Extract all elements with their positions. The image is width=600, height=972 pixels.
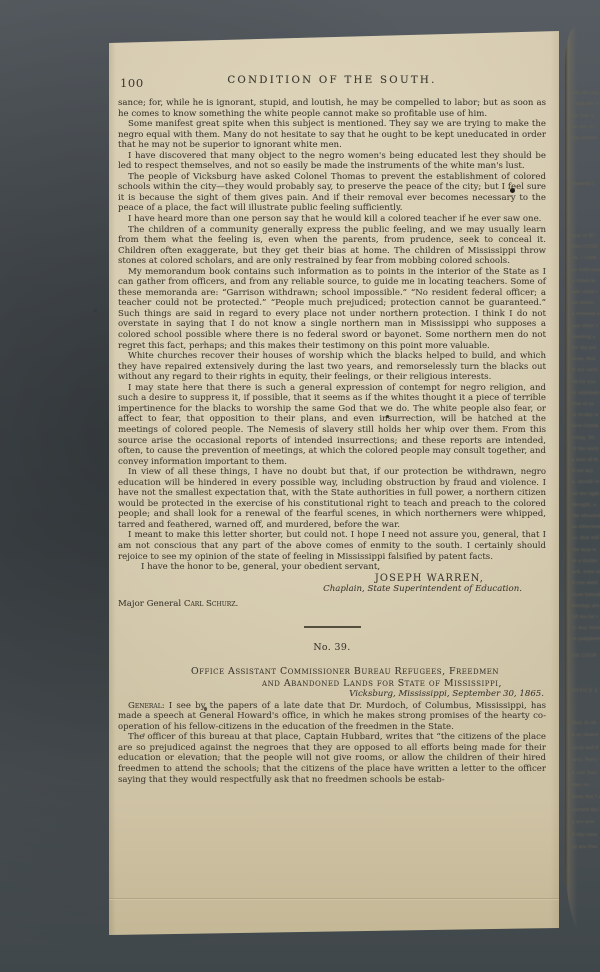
signature-title: Chaplain, State Superintendent of Educat…: [118, 584, 546, 595]
paragraph: The children of a community generally ex…: [118, 225, 546, 267]
text-fragment: the situation: [572, 511, 600, 522]
document-paragraph-1-text: I see by the papers of a late date that …: [118, 701, 546, 732]
text-fragment: ON COUN: [572, 651, 596, 662]
paragraph: White churches recover their houses of w…: [118, 351, 546, 383]
adjacent-text-fragments: ON COUN: [572, 651, 596, 662]
paragraph: I may state here that there is such a ge…: [118, 383, 546, 467]
text-fragment: tion of Wi: [572, 231, 600, 242]
text-fragment: want himsel: [572, 590, 600, 601]
text-fragment: thought, a: [572, 500, 600, 511]
text-fragment: as otherwise: [572, 522, 600, 533]
text-fragment: any other r: [572, 321, 600, 332]
text-fragment: ay are free: [572, 842, 600, 854]
adjacent-text-fragments: OFFICE A: [572, 686, 598, 697]
ink-speck: [510, 188, 515, 193]
text-fragment: viting. Sli: [572, 433, 600, 444]
text-fragment: for the pol: [572, 343, 600, 354]
text-fragment: erra, Perry, Gre: [572, 755, 600, 767]
signature-name: JOSEPH WARREN,: [118, 573, 546, 584]
paragraph: I have discovered that many object to th…: [118, 151, 546, 172]
document-paragraph-2: The officer of this bureau at that place…: [118, 732, 546, 785]
text-fragment: feelings are o: [572, 601, 600, 612]
text-fragment: hern, but I a: [572, 792, 600, 804]
text-fragment: k and Texa: [572, 768, 600, 780]
text-fragment: a ay observ: [572, 730, 600, 742]
text-fragment: a freedom e: [572, 309, 600, 320]
text-fragment: tion of an: [572, 399, 600, 410]
text-fragment: OFFICE A: [572, 686, 598, 697]
text-fragment: the man w: [572, 545, 600, 556]
text-fragment: ation and K: [572, 743, 600, 755]
section-divider: [304, 626, 361, 628]
text-fragment: ely half a: [572, 111, 599, 122]
text-fragment: tions, that: [572, 354, 600, 365]
text-fragment: e him the h: [572, 99, 599, 110]
text-fragment: meeting a: [572, 332, 600, 343]
adjacent-text-fragments: ttial. In oba ay observation and Kerra, …: [572, 718, 600, 854]
paragraph: Some manifest great spite when this subj…: [118, 119, 546, 151]
office-heading-line2: and Abandoned Lands for State of Mississ…: [118, 678, 546, 690]
paragraph: The people of Vicksburg have asked Colon…: [118, 172, 546, 214]
ink-speck: [204, 707, 207, 711]
paragraph: I meant to make this letter shorter, but…: [118, 530, 546, 562]
text-fragment: it any such: [572, 365, 600, 376]
paragraph: I have heard more than one person say th…: [118, 214, 546, 225]
running-title: CONDITION OF THE SOUTH.: [118, 75, 546, 86]
text-fragment: so, that will: [572, 533, 600, 544]
paragraph: My memorandum book contains such informa…: [118, 267, 546, 351]
text-fragment: or judgment: [572, 634, 600, 645]
page-bottom-crease: [109, 898, 559, 900]
book-page: 100 CONDITION OF THE SOUTH. sance; for, …: [109, 29, 559, 936]
dust-speck: [143, 733, 145, 736]
text-fragment: ade claim t: [572, 287, 600, 298]
text-fragment: ad olition: [572, 298, 600, 309]
letter-paragraphs: sance; for, while he is ignorant, stupid…: [118, 98, 546, 562]
text-fragment: in sentimen: [572, 388, 600, 399]
text-fragment: ings on: [572, 780, 600, 792]
page-content: 100 CONDITION OF THE SOUTH. sance; for, …: [118, 75, 546, 785]
text-fragment: ll this view: [572, 830, 600, 842]
salutation: General:: [128, 701, 165, 711]
office-heading-line1: Office Assistant Commissioner Bureau Ref…: [118, 666, 546, 678]
letter-closing: I have the honor to be, general, your ob…: [118, 562, 546, 573]
adjacent-text-fragments: General C: [572, 179, 595, 190]
text-fragment: on for you: [572, 377, 600, 388]
text-fragment: s, should vo: [572, 477, 600, 488]
text-fragment: on. I confe: [572, 253, 600, 264]
text-fragment: at to-day, w: [572, 410, 600, 421]
letter-body: sance; for, while he is ignorant, stupid…: [118, 98, 546, 785]
addressee-name: Carl Schurz.: [184, 599, 238, 609]
document-paragraph-1: General: I see by the papers of a late d…: [118, 701, 546, 733]
text-fragment: till ma for t: [572, 612, 600, 623]
text-fragment: a hew of th: [572, 455, 600, 466]
text-fragment: a relish in: [572, 276, 600, 287]
text-fragment: if you send: [572, 578, 600, 589]
paragraph: In view of all these things, I have no d…: [118, 467, 546, 530]
text-fragment: General C: [572, 179, 595, 190]
addressee-prefix: Major General: [118, 599, 184, 609]
document-number: No. 39.: [118, 643, 546, 654]
text-fragment: ing person: [572, 133, 599, 144]
text-fragment: ack, were urg: [572, 567, 600, 578]
dateline: Vicksburg, Mississippi, September 30, 18…: [118, 689, 546, 701]
text-fragment: carried the h: [572, 805, 600, 817]
adjacent-text-fragments: tion of WiON-CITIZEon. I confeso suffici…: [572, 231, 600, 646]
text-fragment: llow-citizen: [572, 421, 600, 432]
text-fragment: if me any: [572, 466, 600, 477]
text-fragment: to may have: [572, 623, 600, 634]
dust-speck: [94, 309, 97, 312]
paragraph: sance; for, while he is ignorant, stupid…: [118, 98, 546, 119]
text-fragment: so sufficient: [572, 265, 600, 276]
text-fragment: on the of t: [572, 122, 599, 133]
text-fragment: at a distinc: [572, 556, 600, 567]
text-fragment: of the instit: [572, 444, 600, 455]
text-fragment: rite the sun: [572, 88, 599, 99]
running-head: 100 CONDITION OF THE SOUTH.: [118, 75, 546, 90]
adjacent-text-fragments: rite the sune him the hely half aon the …: [572, 88, 599, 144]
scanned-book-photo: { "page_header": { "page_number": "100",…: [0, 0, 600, 972]
text-fragment: ttial. In ob: [572, 718, 600, 730]
letter-addressee: Major General Carl Schurz.: [118, 599, 546, 610]
text-fragment: s are now: [572, 817, 600, 829]
page-number: 100: [120, 76, 144, 90]
text-fragment: ON-CITIZE: [572, 242, 600, 253]
text-fragment: all the right: [572, 489, 600, 500]
adjacent-page-edge: rite the sune him the hely half aon the …: [565, 27, 600, 948]
ink-speck: [386, 415, 389, 418]
